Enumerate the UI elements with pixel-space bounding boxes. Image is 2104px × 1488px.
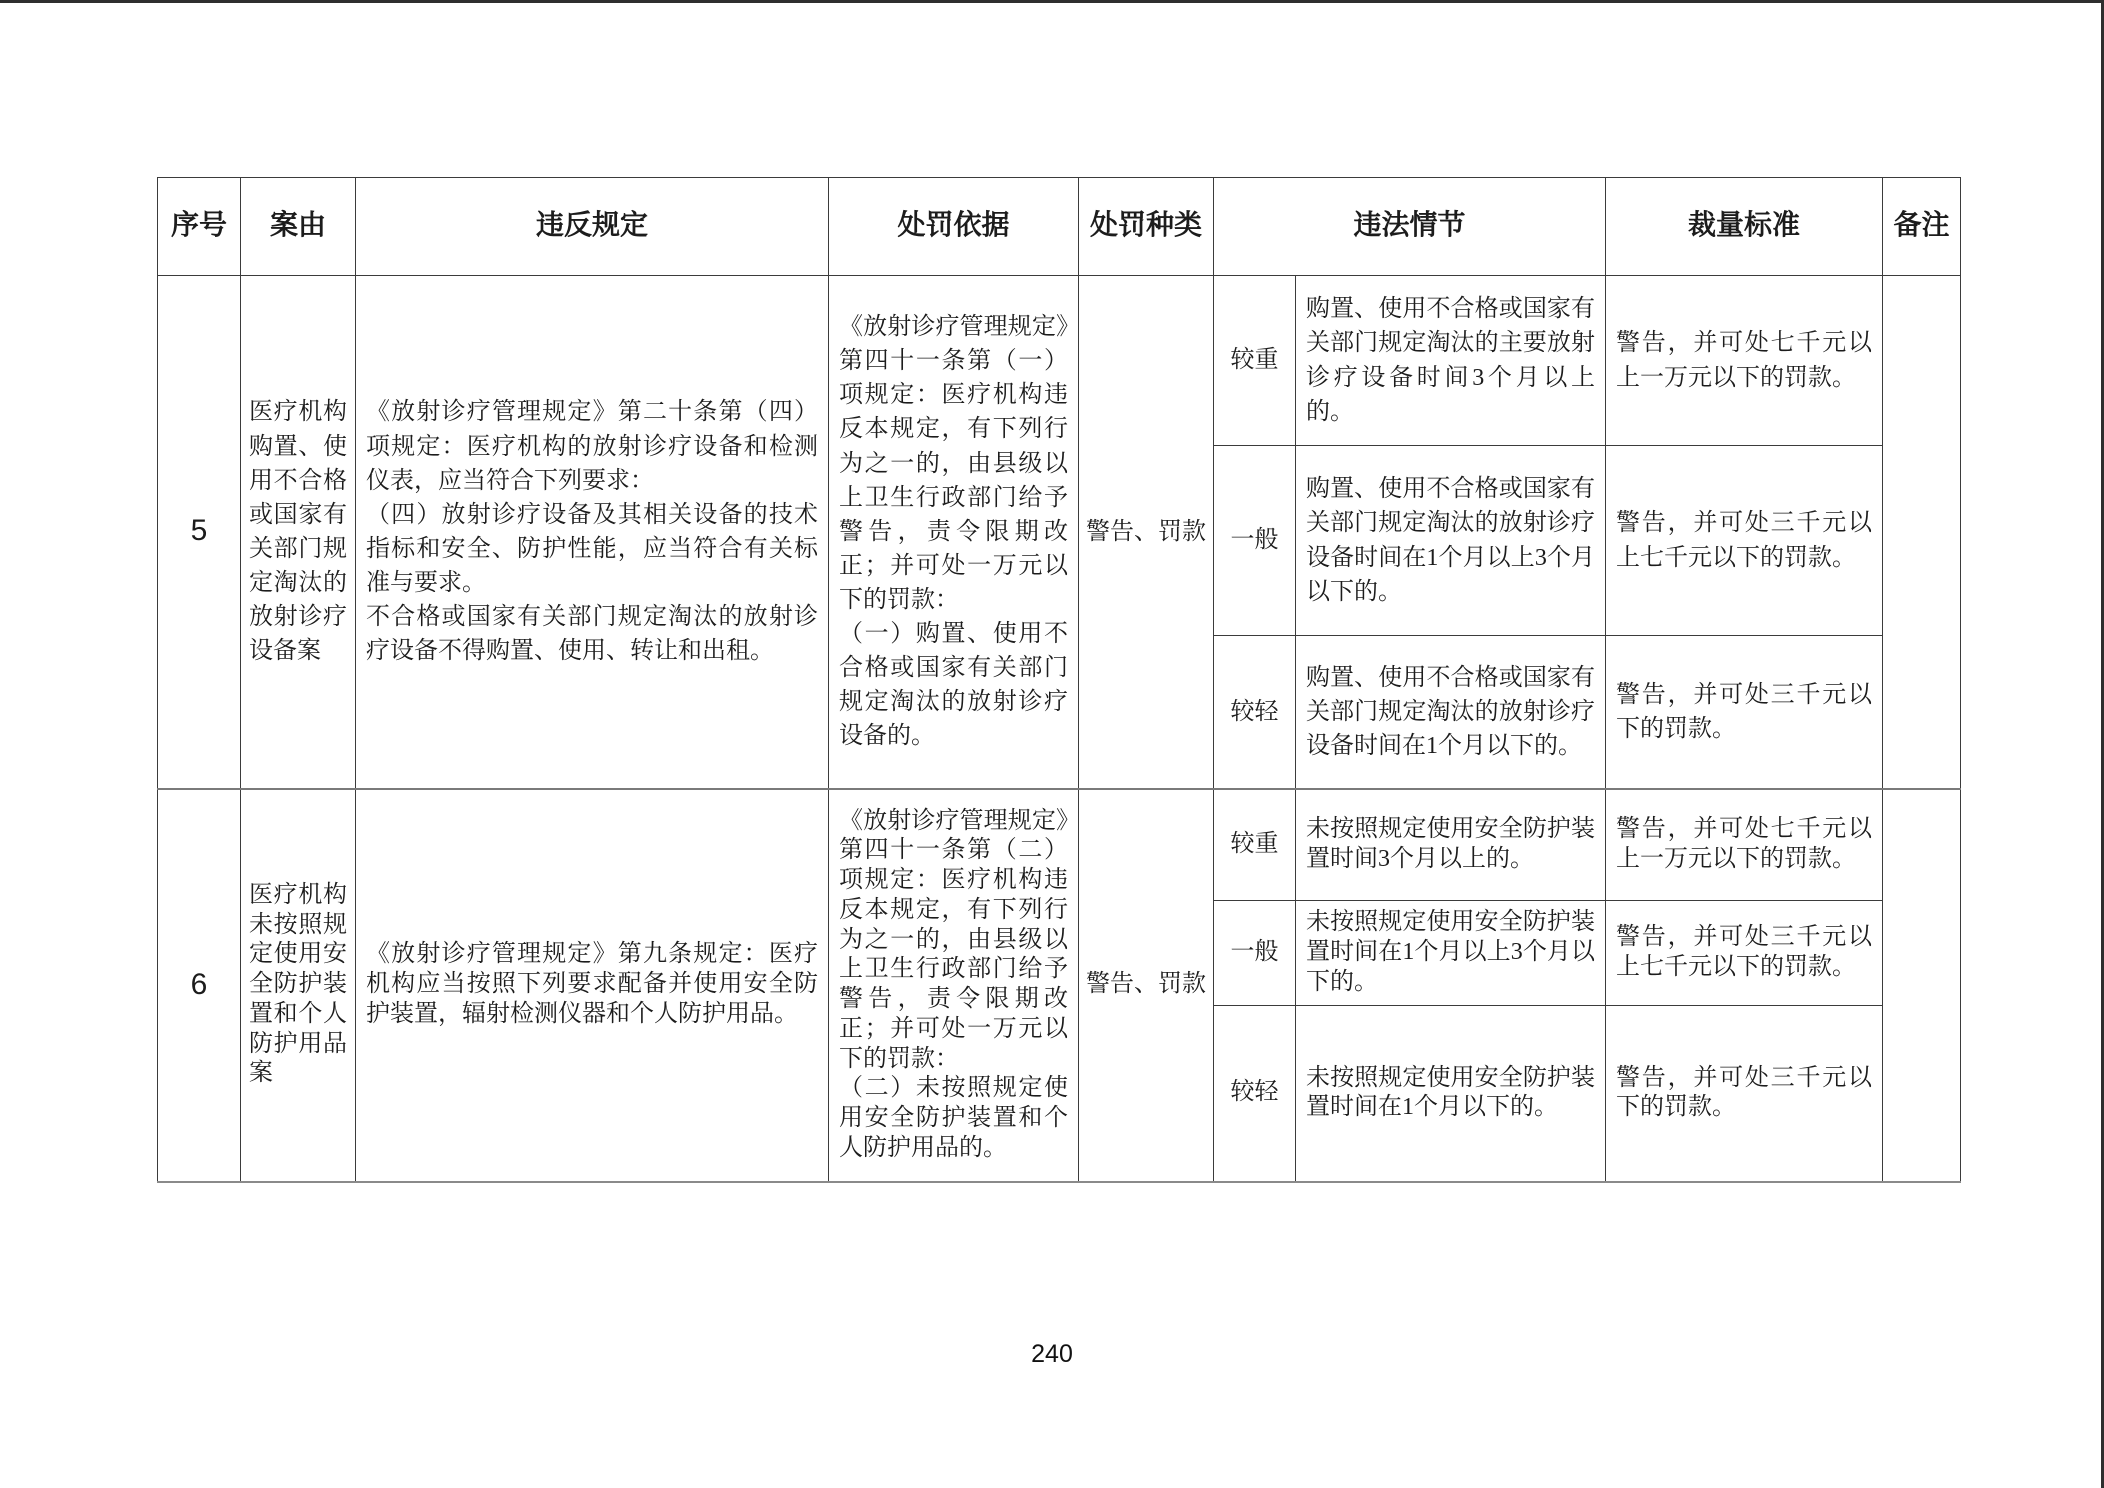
case-5-desc-general: 购置、使用不合格或国家有关部门规定淘汰的放射诊疗设备时间在1个月以上3个月以下的… — [1296, 446, 1606, 636]
case-6-desc-heavier: 未按照规定使用安全防护装置时间3个月以上的。 — [1296, 789, 1606, 901]
document-page: 序号 案由 违反规定 处罚依据 处罚种类 违法情节 裁量标准 备注 5 医疗机构… — [0, 0, 2104, 1488]
case-5-level-general: 一般 — [1214, 446, 1296, 636]
case-6-violated-provision: 《放射诊疗管理规定》第九条规定：医疗机构应当按照下列要求配备并使用安全防护装置，… — [356, 789, 829, 1182]
header-cause: 案由 — [241, 178, 356, 276]
case-5-desc-heavier: 购置、使用不合格或国家有关部门规定淘汰的主要放射诊疗设备时间3个月以上的。 — [1296, 276, 1606, 446]
case-5-level-lighter: 较轻 — [1214, 636, 1296, 789]
table-header: 序号 案由 违反规定 处罚依据 处罚种类 违法情节 裁量标准 备注 — [158, 178, 1961, 276]
case-5-penalty-basis: 《放射诊疗管理规定》第四十一条第（一）项规定：医疗机构违反本规定，有下列行为之一… — [829, 276, 1079, 789]
header-penalty-type: 处罚种类 — [1079, 178, 1214, 276]
header-violated-provision: 违反规定 — [356, 178, 829, 276]
case-5-standard-general: 警告，并可处三千元以上七千元以下的罚款。 — [1606, 446, 1883, 636]
case-6-remarks — [1883, 789, 1961, 1182]
header-row: 序号 案由 违反规定 处罚依据 处罚种类 违法情节 裁量标准 备注 — [158, 178, 1961, 276]
case-5-level-heavier: 较重 — [1214, 276, 1296, 446]
case-6-group: 6 医疗机构未按照规定使用安全防护装置和个人防护用品案 《放射诊疗管理规定》第九… — [158, 789, 1961, 1182]
case-5-remarks — [1883, 276, 1961, 789]
case-6-row-heavier: 6 医疗机构未按照规定使用安全防护装置和个人防护用品案 《放射诊疗管理规定》第九… — [158, 789, 1961, 901]
case-6-penalty-type: 警告、罚款 — [1079, 789, 1214, 1182]
scan-edge-top — [0, 0, 2104, 3]
header-discretion-standard: 裁量标准 — [1606, 178, 1883, 276]
case-6-serial: 6 — [158, 789, 241, 1182]
penalty-discretion-table: 序号 案由 违反规定 处罚依据 处罚种类 违法情节 裁量标准 备注 5 医疗机构… — [157, 177, 1961, 1183]
header-remarks: 备注 — [1883, 178, 1961, 276]
case-6-standard-general: 警告，并可处三千元以上七千元以下的罚款。 — [1606, 901, 1883, 1006]
case-6-desc-lighter: 未按照规定使用安全防护装置时间在1个月以下的。 — [1296, 1006, 1606, 1182]
case-6-standard-lighter: 警告，并可处三千元以下的罚款。 — [1606, 1006, 1883, 1182]
case-5-row-heavier: 5 医疗机构购置、使用不合格或国家有关部门规定淘汰的放射诊疗设备案 《放射诊疗管… — [158, 276, 1961, 446]
case-5-standard-heavier: 警告，并可处七千元以上一万元以下的罚款。 — [1606, 276, 1883, 446]
case-6-level-heavier: 较重 — [1214, 789, 1296, 901]
case-6-cause: 医疗机构未按照规定使用安全防护装置和个人防护用品案 — [241, 789, 356, 1182]
case-6-level-lighter: 较轻 — [1214, 1006, 1296, 1182]
case-5-standard-lighter: 警告，并可处三千元以下的罚款。 — [1606, 636, 1883, 789]
case-6-penalty-basis: 《放射诊疗管理规定》第四十一条第（二）项规定：医疗机构违反本规定，有下列行为之一… — [829, 789, 1079, 1182]
case-5-penalty-type: 警告、罚款 — [1079, 276, 1214, 789]
case-5-cause: 医疗机构购置、使用不合格或国家有关部门规定淘汰的放射诊疗设备案 — [241, 276, 356, 789]
case-5-group: 5 医疗机构购置、使用不合格或国家有关部门规定淘汰的放射诊疗设备案 《放射诊疗管… — [158, 276, 1961, 789]
case-5-violated-provision: 《放射诊疗管理规定》第二十条第（四）项规定：医疗机构的放射诊疗设备和检测仪表，应… — [356, 276, 829, 789]
case-6-standard-heavier: 警告，并可处七千元以上一万元以下的罚款。 — [1606, 789, 1883, 901]
case-6-desc-general: 未按照规定使用安全防护装置时间在1个月以上3个月以下的。 — [1296, 901, 1606, 1006]
case-6-level-general: 一般 — [1214, 901, 1296, 1006]
page-number: 240 — [0, 1340, 2104, 1369]
header-penalty-basis: 处罚依据 — [829, 178, 1079, 276]
case-5-serial: 5 — [158, 276, 241, 789]
case-5-desc-lighter: 购置、使用不合格或国家有关部门规定淘汰的放射诊疗设备时间在1个月以下的。 — [1296, 636, 1606, 789]
header-violation-circumstance: 违法情节 — [1214, 178, 1606, 276]
header-serial: 序号 — [158, 178, 241, 276]
